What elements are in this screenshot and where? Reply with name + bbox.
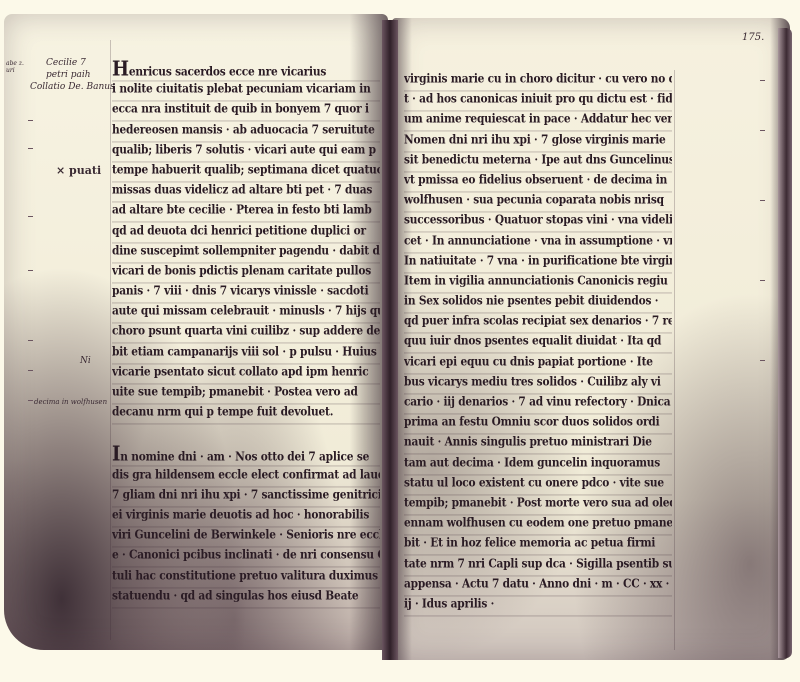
folio-number: 175. [742, 32, 764, 43]
margin-mark: Ni [80, 356, 91, 366]
pricking-mark [28, 216, 33, 217]
pricking-mark [28, 340, 33, 341]
text-line: ij · Idus aprilis · [404, 593, 672, 616]
pricking-mark [28, 270, 33, 271]
pricking-mark [760, 130, 765, 131]
margin-note-small: abe z. uri [6, 60, 30, 74]
section-gap [112, 423, 380, 445]
pricking-mark [760, 200, 765, 201]
right-page-text: virginis marie cu in choro dicitur · cu … [404, 70, 672, 615]
book-gutter [382, 20, 398, 660]
page-edges [778, 28, 792, 658]
pricking-mark [760, 360, 765, 361]
margin-note: × puati [56, 164, 101, 177]
pricking-mark [28, 370, 33, 371]
text-line: statuendu · qd ad singulas hos eiusd Bea… [112, 585, 380, 608]
margin-note: petri paih [46, 70, 91, 80]
ruling-line [110, 40, 111, 640]
margin-note: Cecilie 7 [46, 58, 86, 68]
pricking-mark [760, 80, 765, 81]
left-page-text: Henricus sacerdos ecce nre vicarius i no… [112, 60, 380, 607]
text-line: decanu nrm qui p tempe fuit devoluet. [112, 402, 380, 425]
margin-note: Collatio De. Banus [30, 82, 115, 92]
pricking-mark [760, 280, 765, 281]
open-manuscript: abe z. uri Cecilie 7 petri paih Collatio… [0, 0, 800, 682]
ruling-line [674, 70, 675, 650]
pricking-mark [28, 120, 33, 121]
pricking-mark [28, 148, 33, 149]
margin-note: decima in wolfhusen [34, 398, 107, 406]
pricking-mark [28, 400, 33, 401]
